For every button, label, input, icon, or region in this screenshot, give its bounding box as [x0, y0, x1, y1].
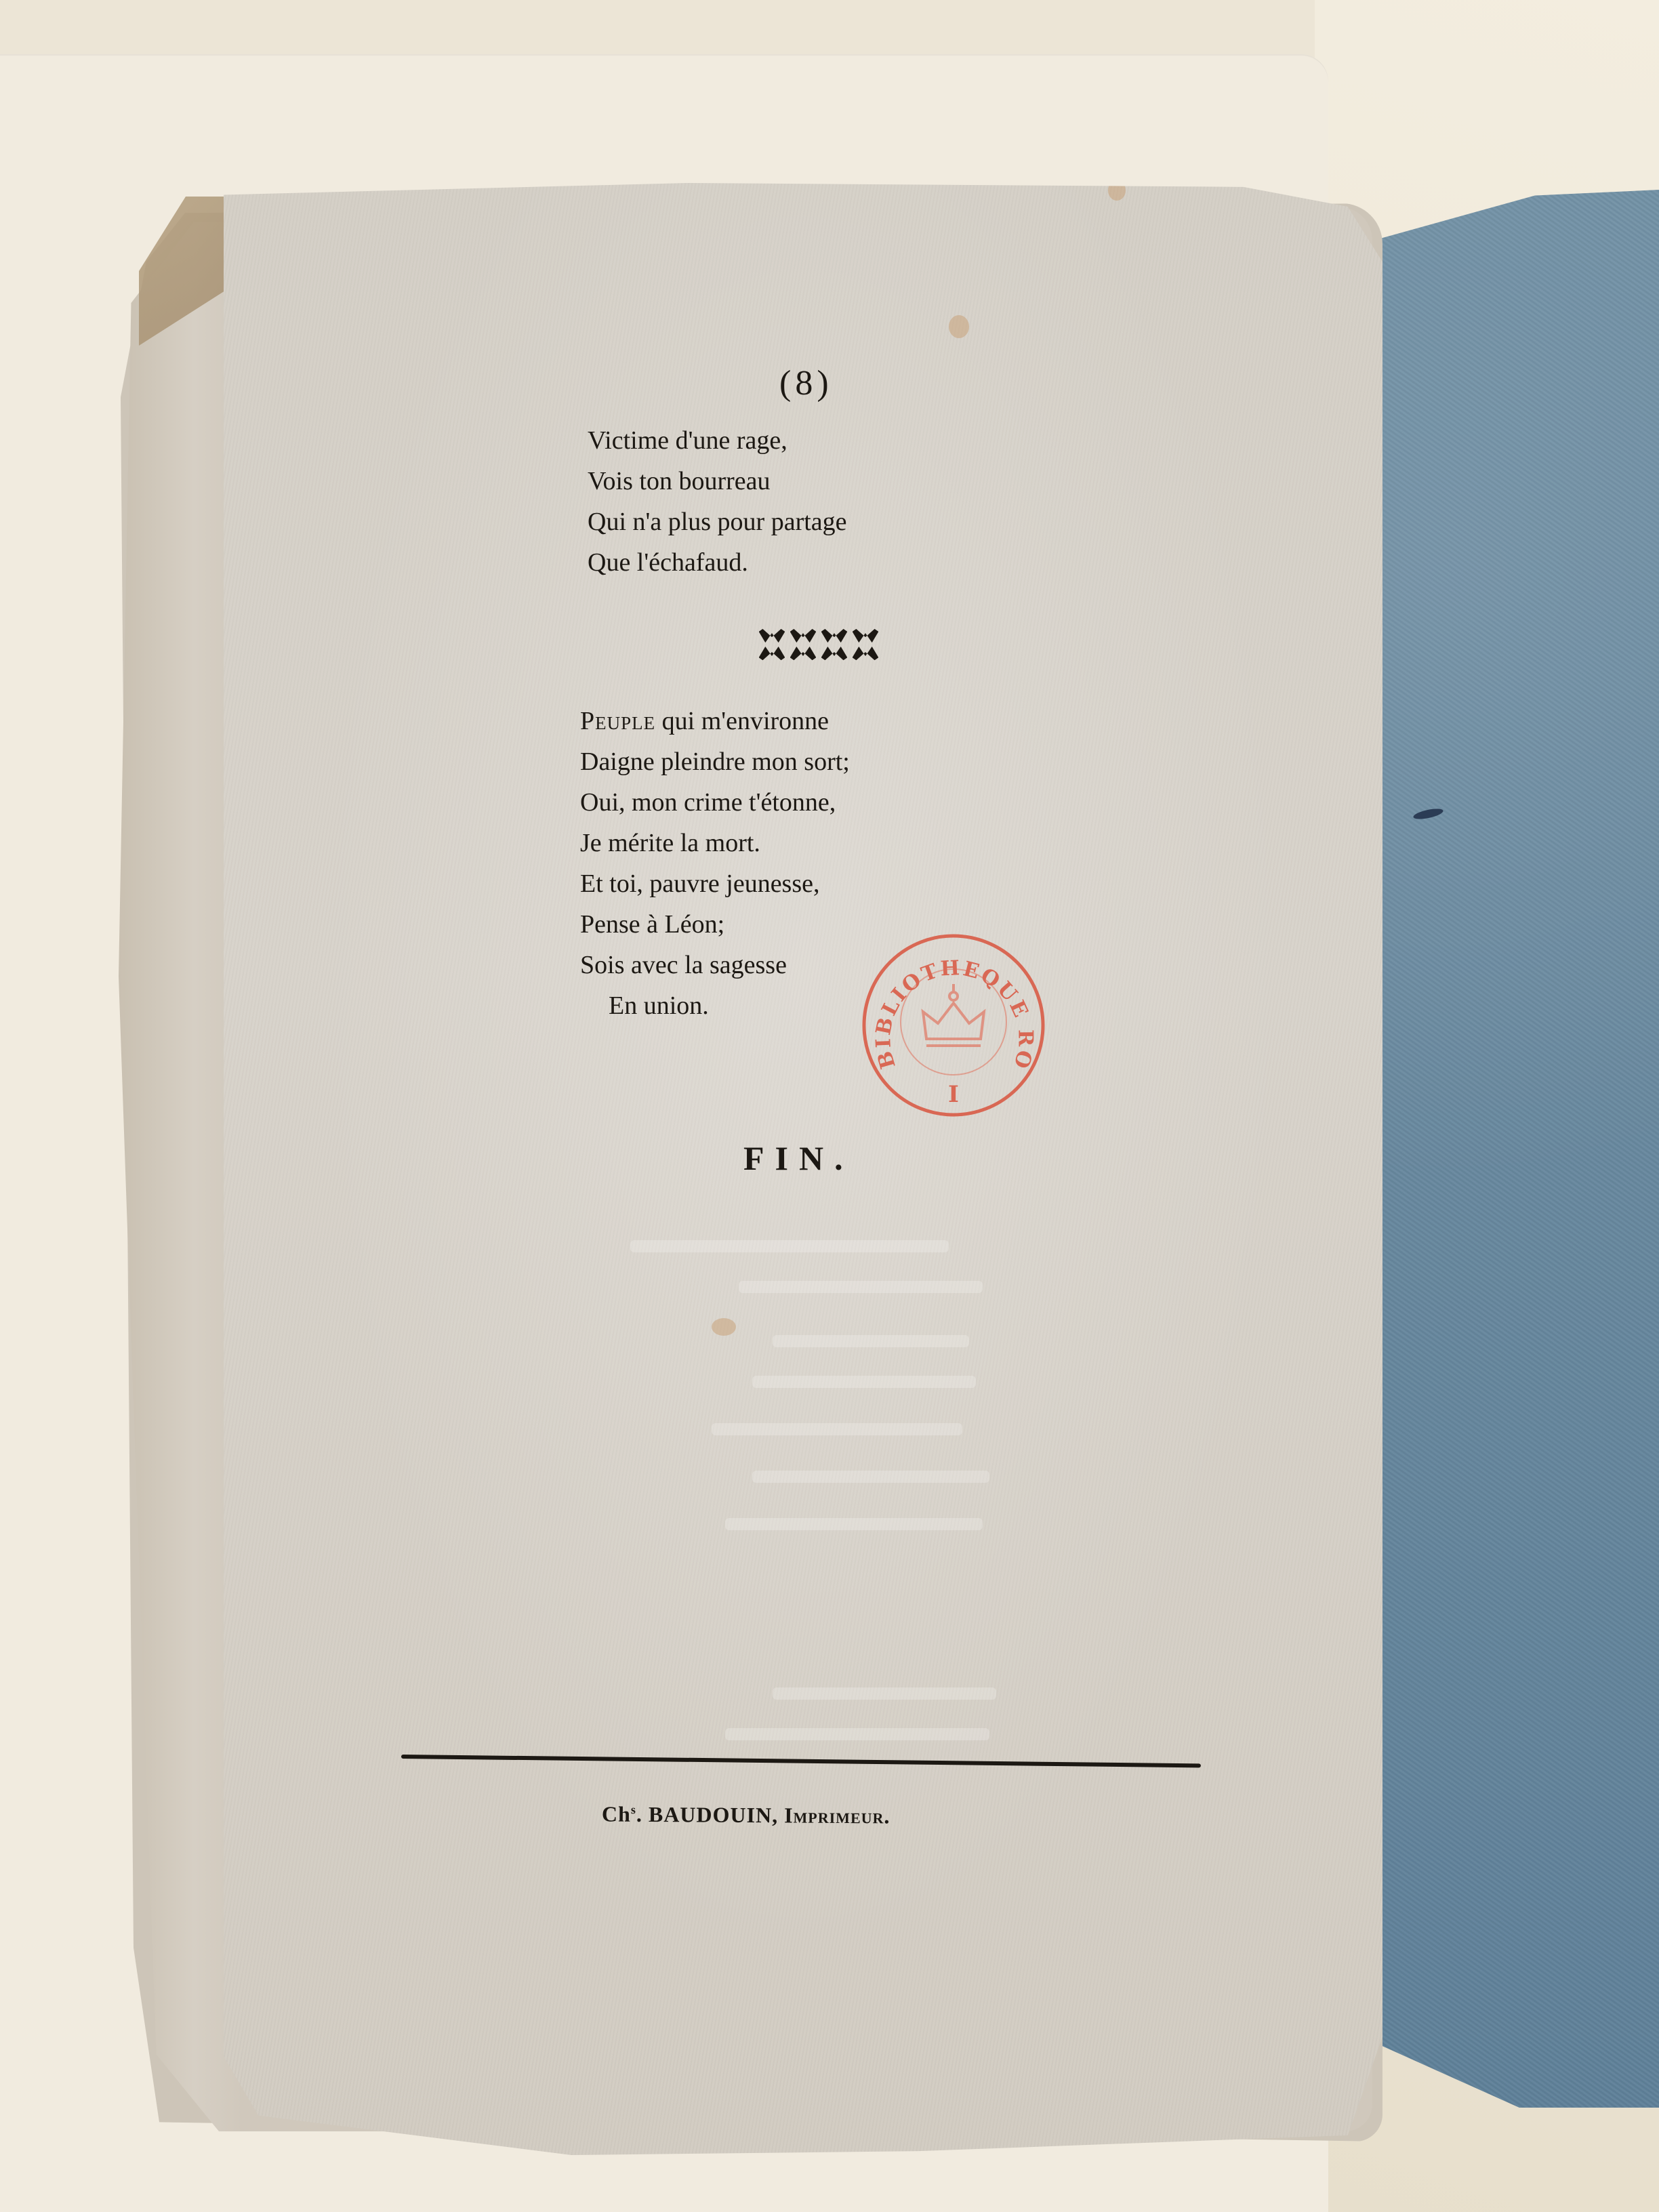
- show-through-text: [752, 1376, 976, 1388]
- verse-line: Que l'échafaud.: [588, 542, 847, 583]
- svg-text:BIBLIOTHEQUE ROYALE: BIBLIOTHEQUE ROYALE: [855, 927, 1038, 1073]
- verse-line: Daigne pleindre mon sort;: [580, 741, 850, 782]
- verse-line: Peuple qui m'environne: [580, 701, 850, 741]
- stamp-numeral: I: [948, 1081, 959, 1108]
- verse-line: Je mérite la mort.: [580, 823, 850, 863]
- crown-icon: [923, 984, 984, 1046]
- show-through-text: [725, 1728, 989, 1740]
- fleuron-cell: [788, 629, 818, 660]
- show-through-text: [773, 1335, 969, 1347]
- page-number: (8): [779, 363, 833, 403]
- imprint-prefix-sup: s: [631, 1803, 636, 1816]
- printer-imprint: Chs. BAUDOUIN, Imprimeur.: [602, 1802, 890, 1829]
- library-stamp-icon: BIBLIOTHEQUE ROYALE I: [855, 927, 1052, 1124]
- stanza-1: Victime d'une rage, Vois ton bourreau Qu…: [588, 420, 847, 583]
- imprint-prefix: Ch: [602, 1802, 631, 1826]
- imprint-role: Imprimeur.: [784, 1803, 890, 1828]
- verse-line: Pense à Léon;: [580, 904, 850, 945]
- fleuron-cell: [819, 629, 849, 660]
- show-through-text: [712, 1423, 962, 1435]
- verse-line: Victime d'une rage,: [588, 420, 847, 461]
- fleuron-cell: [851, 629, 880, 660]
- foxing-spot: [712, 1318, 736, 1336]
- imprint-name: . BAUDOUIN,: [636, 1802, 784, 1828]
- verse-line: Qui n'a plus pour partage: [588, 501, 847, 542]
- stamp-text: BIBLIOTHEQUE ROYALE: [855, 927, 1038, 1073]
- show-through-text: [773, 1687, 996, 1700]
- end-mark: FIN.: [743, 1139, 854, 1178]
- verse-line: Vois ton bourreau: [588, 461, 847, 501]
- blue-paper-cover: [1349, 190, 1659, 2108]
- show-through-text: [739, 1281, 983, 1293]
- small-caps-word: Peuple: [580, 707, 655, 735]
- show-through-text: [752, 1471, 989, 1483]
- fleuron-cell: [757, 629, 787, 660]
- stanza-2: Peuple qui m'environne Daigne pleindre m…: [580, 701, 850, 1026]
- verse-line: Et toi, pauvre jeunesse,: [580, 863, 850, 904]
- verse-line: Sois avec la sagesse: [580, 945, 850, 985]
- fleuron-ornament-icon: [757, 629, 880, 660]
- show-through-text: [630, 1240, 949, 1252]
- show-through-text: [725, 1518, 983, 1530]
- verse-line: En union.: [580, 985, 850, 1026]
- foxing-spot: [949, 315, 969, 338]
- verse-line-rest: qui m'environne: [655, 707, 829, 735]
- verse-line: Oui, mon crime t'étonne,: [580, 782, 850, 823]
